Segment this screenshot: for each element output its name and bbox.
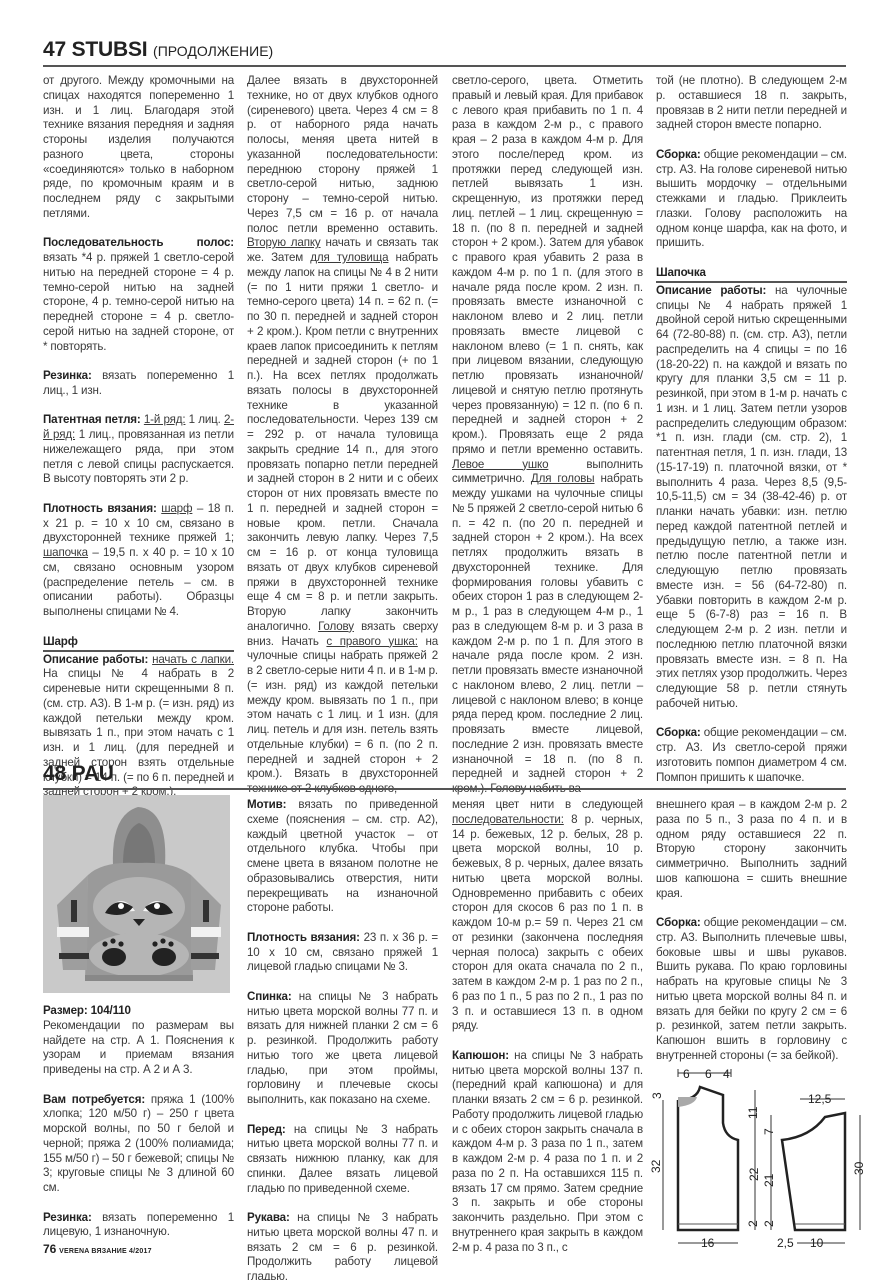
text-run: 8 р. черных, 14 р. бежевых, 12 р. белых,… — [452, 813, 643, 1033]
dim-sleeve-lower: 21 — [762, 1173, 776, 1187]
torso-label: для туловища — [310, 251, 388, 264]
patent-row1-text: 1 лиц. — [185, 413, 220, 426]
motif-label: Мотив: — [247, 798, 286, 811]
sleeves-label: Рукава: — [247, 1211, 290, 1224]
magazine-page: 47 STUBSI (ПРОДОЛЖЕНИЕ) от другого. Межд… — [0, 0, 884, 1280]
hat-heading: Шапочка — [656, 266, 847, 283]
section-47-title: 47 STUBSI (ПРОДОЛЖЕНИЕ) — [43, 38, 846, 67]
patent-paragraph: Патентная петля: 1-й ряд: 1 лиц. 2-й ряд… — [43, 413, 234, 487]
dim-sleeve-cap: 7 — [762, 1128, 776, 1135]
hoodie-illustration-icon — [43, 795, 230, 993]
hat-work-paragraph: Описание работы: на чулочные спицы № 4 н… — [656, 284, 847, 712]
hood-label: Капюшон: — [452, 1049, 509, 1062]
rib-paragraph: Резинка: вязать попеременно 1 лицевую, 1… — [43, 1211, 234, 1241]
back-paragraph: Спинка: на спицы № 3 набрать нитью цвета… — [247, 990, 438, 1108]
hat-work-label: Описание работы: — [656, 284, 766, 297]
text-run: меняя цвет нити в следующей — [452, 798, 643, 811]
body-paragraph: светло-серого, цвета. Отметить правый и … — [452, 74, 643, 797]
section-47-column-2: Далее вязать в двухсторонней технике, но… — [247, 74, 438, 797]
density-label: Плотность вязания: — [247, 931, 360, 944]
text-run: светло-серого, цвета. Отметить правый и … — [452, 74, 643, 456]
patent-row1-label: 1-й ряд: — [144, 413, 186, 426]
dim-top-b: 6 — [705, 1067, 712, 1081]
materials-paragraph: Вам потребуется: пряжа 1 (100% хлопка; 1… — [43, 1093, 234, 1196]
dim-sleeve-offset: 2,5 — [777, 1236, 794, 1250]
body-paragraph: Далее вязать в двухсторонней технике, но… — [247, 74, 438, 797]
stripes-label: Последовательность полос: — [43, 236, 234, 249]
text-run: Далее вязать в двухсторонней технике, но… — [247, 74, 438, 235]
dim-sleeve-width: 10 — [810, 1236, 824, 1250]
density-paragraph: Плотность вязания: шарф – 18 п. x 21 р. … — [43, 502, 234, 620]
front-label: Перед: — [247, 1123, 286, 1136]
sequence-label: последовательности: — [452, 813, 564, 826]
rib-label: Резинка: — [43, 1211, 92, 1224]
dim-body-width: 16 — [701, 1236, 715, 1250]
dim-sleeve-top-width: 12,5 — [808, 1092, 832, 1106]
head-label: Голову — [318, 620, 354, 633]
front-paragraph: Перед: на спицы № 3 набрать нитью цвета … — [247, 1123, 438, 1197]
section-47-column-3: светло-серого, цвета. Отметить правый и … — [452, 74, 643, 797]
left-ear-label: Левое ушко — [452, 458, 548, 471]
materials-label: Вам потребуется: — [43, 1093, 145, 1106]
dim-top-c: 4 — [723, 1067, 730, 1081]
section-48-column-3: меняя цвет нити в следующей последовател… — [452, 798, 643, 1255]
raccoon-hoodie-photo — [43, 795, 230, 993]
stripes-text: вязать *4 р. пряжей 1 светло-серой нитью… — [43, 251, 234, 353]
assembly-text: общие рекомендации – см. стр. А3. Выполн… — [656, 916, 847, 1062]
assembly-text: общие рекомендации – см. стр. А3. На гол… — [656, 148, 847, 250]
right-ear-label: с правого ушка: — [326, 635, 417, 648]
page-footer: 76 VERENA ВЯЗАНИЕ 4/2017 — [43, 1242, 152, 1256]
assembly-label: Сборка: — [656, 916, 701, 929]
second-paw-label: Вторую лапку — [247, 236, 321, 249]
stripes-paragraph: Последовательность полос: вязать *4 р. п… — [43, 236, 234, 354]
density-label: Плотность вязания: — [43, 502, 157, 515]
section-48-column-2: Мотив: вязать по приведенной схеме (пояс… — [247, 798, 438, 1280]
density-hat-label: шапочка — [43, 546, 88, 559]
section-48-title: 48 PAU — [43, 762, 846, 790]
magazine-name: VERENA ВЯЗАНИЕ 4/2017 — [59, 1248, 152, 1255]
dim-sleeve-total: 30 — [852, 1161, 866, 1175]
scarf-assembly-paragraph: Сборка: общие рекомендации – см. стр. А3… — [656, 148, 847, 251]
size-label: Размер: 104/110 — [43, 1004, 234, 1019]
work-start-label: начать с лапки. — [152, 653, 234, 666]
section-48-column-4: внешнего края – в каждом 2-м р. 2 раза п… — [656, 798, 847, 1064]
back-label: Спинка: — [247, 990, 292, 1003]
rib-paragraph: Резинка: вязать попеременно 1 лиц., 1 из… — [43, 369, 234, 399]
section-47-column-4: той (не плотно). В следующем 2-м р. оста… — [656, 74, 847, 785]
patent-label: Патентная петля: — [43, 413, 141, 426]
scarf-heading: Шарф — [43, 635, 234, 652]
hood-text: на спицы № 3 набрать нитью цвета морской… — [452, 1049, 643, 1254]
motif-text: вязать по приведенной схеме (пояснения –… — [247, 798, 438, 914]
sleeve-stripes-paragraph: меняя цвет нити в следующей последовател… — [452, 798, 643, 1034]
head-finish-paragraph: той (не плотно). В следующем 2-м р. оста… — [656, 74, 847, 133]
section-47-subtitle: (ПРОДОЛЖЕНИЕ) — [153, 43, 273, 59]
dim-left-small: 3 — [650, 1092, 664, 1099]
density-scarf-label: шарф — [161, 502, 192, 515]
dim-body-lower: 22 — [747, 1167, 761, 1181]
pattern-schema-diagram-icon: 6 6 4 32 3 11 22 2 16 12,5 7 — [645, 1055, 884, 1275]
dim-body-upper: 11 — [746, 1106, 760, 1119]
section-48-column-1: Размер: 104/110 Рекомендации по размерам… — [43, 1004, 234, 1240]
assembly-label: Сборка: — [656, 148, 701, 161]
for-head-label: Для головы — [531, 472, 595, 485]
materials-text: пряжа 1 (100% хлопка; 120 м/50 г) – 250 … — [43, 1093, 234, 1195]
hood-finish-paragraph: внешнего края – в каждом 2-м р. 2 раза п… — [656, 798, 847, 901]
text-run: набрать между ушками на чулочные спицы №… — [452, 472, 643, 795]
sleeves-paragraph: Рукава: на спицы № 3 набрать нитью цвета… — [247, 1211, 438, 1280]
text-run: набрать между лапок на спицы № 4 в 2 нит… — [247, 251, 438, 633]
dim-sleeve-rib: 2 — [762, 1220, 776, 1227]
page-number: 76 — [43, 1242, 56, 1256]
hood-paragraph: Капюшон: на спицы № 3 набрать нитью цвет… — [452, 1049, 643, 1256]
size-paragraph: Рекомендации по размерам вы найдете на с… — [43, 1019, 234, 1078]
section-47-name: 47 STUBSI — [43, 38, 147, 61]
motif-paragraph: Мотив: вязать по приведенной схеме (пояс… — [247, 798, 438, 916]
back-text: на спицы № 3 набрать нитью цвета морской… — [247, 990, 438, 1106]
section-47-column-1: от другого. Между кромочными на спицах н… — [43, 74, 234, 800]
dim-left-total: 32 — [649, 1159, 663, 1173]
work-label: Описание работы: — [43, 653, 148, 666]
dim-top-a: 6 — [683, 1067, 690, 1081]
assembly-paragraph: Сборка: общие рекомендации – см. стр. А3… — [656, 916, 847, 1064]
section-48-name: 48 PAU — [43, 762, 114, 785]
dim-body-rib: 2 — [746, 1220, 760, 1227]
pattern-schema: 6 6 4 32 3 11 22 2 16 12,5 7 — [645, 1055, 884, 1275]
density-paragraph: Плотность вязания: 23 п. x 36 р. = 10 x … — [247, 931, 438, 975]
hat-assembly-label: Сборка: — [656, 726, 701, 739]
hat-work-text: на чулочные спицы № 4 набрать пряжей 1 д… — [656, 284, 847, 710]
rib-label: Резинка: — [43, 369, 92, 382]
intro-paragraph: от другого. Между кромочными на спицах н… — [43, 74, 234, 222]
